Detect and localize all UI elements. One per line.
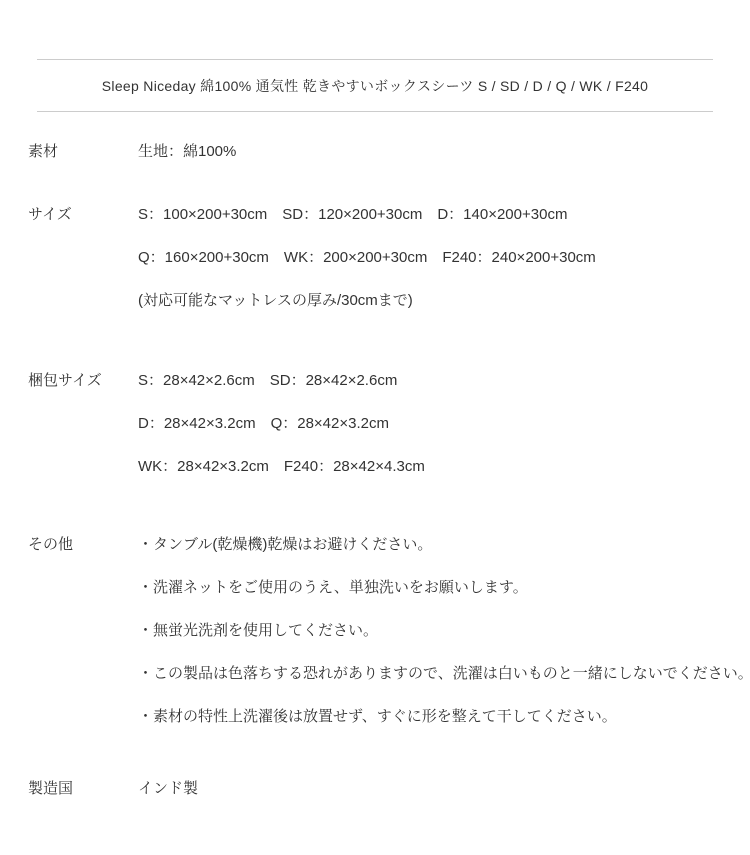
spec-label-country: 製造国 — [28, 767, 138, 810]
spec-note: ・素材の特性上洗濯後は放置せず、すぐに形を整えて干してください。 — [138, 695, 740, 738]
spec-note: ・無蛍光洗剤を使用してください。 — [138, 609, 740, 652]
spec-values-size: S：100×200+30cm SD：120×200+30cm D：140×200… — [138, 193, 740, 322]
spec-line: (対応可能なマットレスの厚み/30cmまで) — [138, 279, 740, 322]
spec-note: ・洗濯ネットをご使用のうえ、単独洗いをお願いします。 — [138, 566, 740, 609]
spec-row-size: サイズ S：100×200+30cm SD：120×200+30cm D：140… — [28, 193, 740, 322]
spec-line: S：100×200+30cm SD：120×200+30cm D：140×200… — [138, 193, 740, 236]
spec-line: WK：28×42×3.2cm F240：28×42×4.3cm — [138, 445, 740, 488]
spec-note: ・タンブル(乾燥機)乾燥はお避けください。 — [138, 523, 740, 566]
spec-label-package-size: 梱包サイズ — [28, 359, 138, 402]
spec-line: Q：160×200+30cm WK：200×200+30cm F240：240×… — [138, 236, 740, 279]
spec-row-country: 製造国 インド製 — [28, 767, 740, 810]
product-title: Sleep Niceday 綿100% 通気性 乾きやすいボックスシーツ S /… — [102, 76, 648, 96]
product-title-bar: Sleep Niceday 綿100% 通気性 乾きやすいボックスシーツ S /… — [37, 59, 713, 112]
spec-values-other: ・タンブル(乾燥機)乾燥はお避けください。 ・洗濯ネットをご使用のうえ、単独洗い… — [138, 523, 740, 738]
spec-row-package-size: 梱包サイズ S：28×42×2.6cm SD：28×42×2.6cm D：28×… — [28, 359, 740, 488]
spec-row-other: その他 ・タンブル(乾燥機)乾燥はお避けください。 ・洗濯ネットをご使用のうえ、… — [28, 523, 740, 738]
spec-line: D：28×42×3.2cm Q：28×42×3.2cm — [138, 402, 740, 445]
spec-line: インド製 — [138, 767, 740, 810]
spec-label-material: 素材 — [28, 130, 138, 173]
spec-line: S：28×42×2.6cm SD：28×42×2.6cm — [138, 359, 740, 402]
spec-label-size: サイズ — [28, 193, 138, 236]
spec-label-other: その他 — [28, 523, 138, 566]
spec-values-package-size: S：28×42×2.6cm SD：28×42×2.6cm D：28×42×3.2… — [138, 359, 740, 488]
spec-line: 生地：綿100% — [138, 130, 740, 173]
spec-table: 素材 生地：綿100% サイズ S：100×200+30cm SD：120×20… — [0, 130, 750, 810]
spec-row-material: 素材 生地：綿100% — [28, 130, 740, 173]
spec-values-material: 生地：綿100% — [138, 130, 740, 173]
spec-values-country: インド製 — [138, 767, 740, 810]
spec-note: ・この製品は色落ちする恐れがありますので、洗濯は白いものと一緒にしないでください… — [138, 652, 740, 695]
